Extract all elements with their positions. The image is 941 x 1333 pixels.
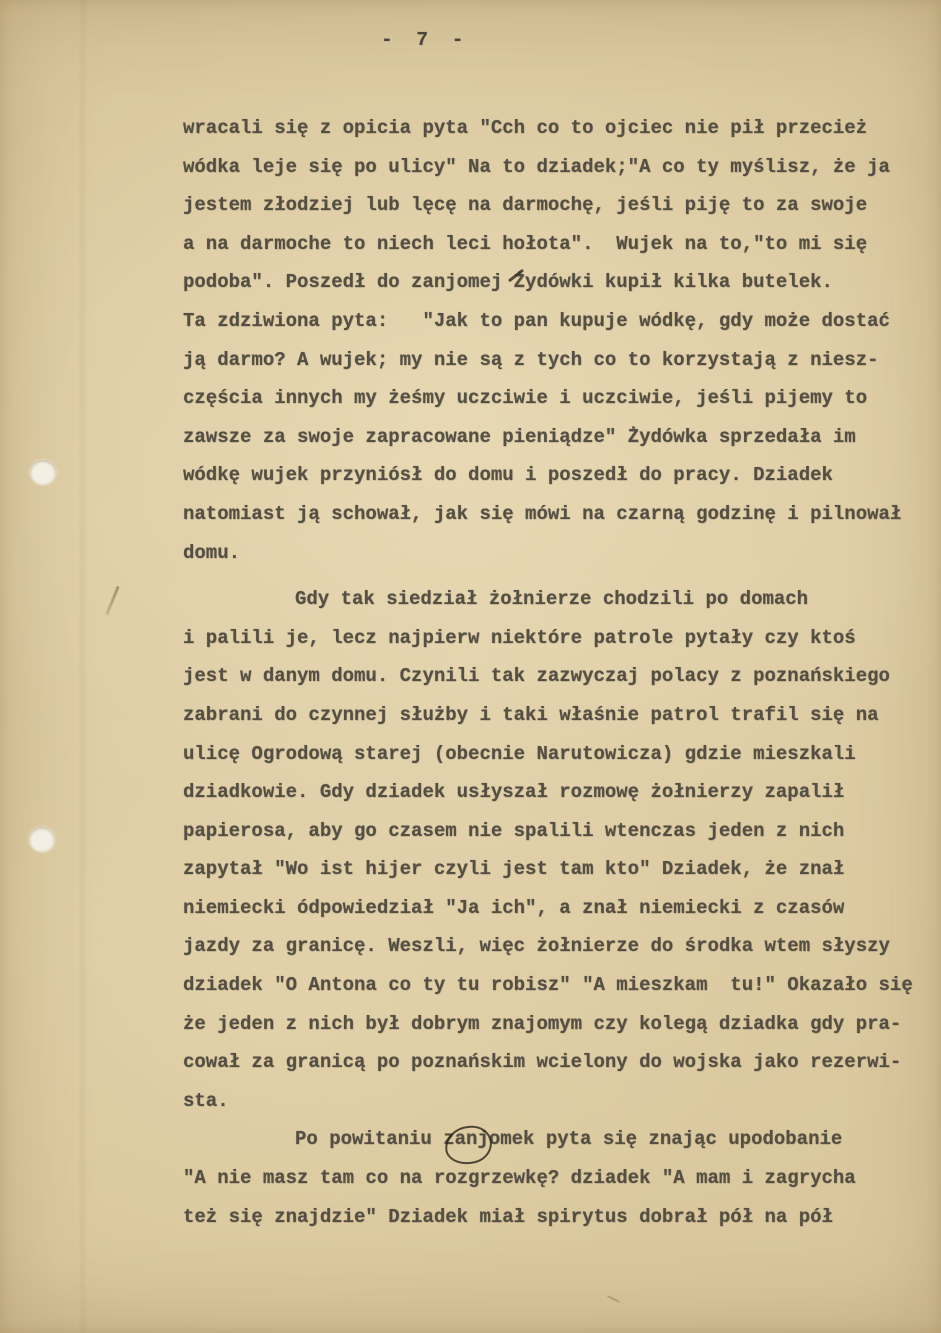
typewritten-line: niemiecki ódpowiedział "Ja ich", a znał … (183, 889, 923, 928)
typewritten-line: sta. (183, 1082, 923, 1121)
typewritten-line: cował za granicą po poznańskim wcielony … (183, 1043, 923, 1082)
typewritten-text-block: wracali się z opicia pyta "Cch co to ojc… (183, 109, 923, 1236)
typewritten-line: ulicę Ogrodową starej (obecnie Narutowic… (183, 735, 923, 774)
typewritten-line: i palili je, lecz najpierw niektóre patr… (183, 619, 923, 658)
typewritten-line-paragraph-start: Gdy tak siedział żołnierze chodzili po d… (183, 580, 923, 619)
pencil-slash-mark (105, 586, 119, 616)
typewritten-line: domu. (183, 534, 923, 573)
paper-fiber-speck (606, 1295, 620, 1303)
punch-hole-top (30, 460, 56, 485)
typewritten-line: a na darmoche to niech leci hołota". Wuj… (183, 225, 923, 264)
typewritten-line: dziadek "O Antona co ty tu robisz" "A mi… (183, 966, 923, 1005)
typewritten-line: natomiast ją schował, jak się mówi na cz… (183, 495, 923, 534)
typewritten-line: papierosa, aby go czasem nie spalili wte… (183, 812, 923, 851)
typewritten-line: częścia innych my żeśmy uczciwie i uczci… (183, 379, 923, 418)
typewritten-line: podoba". Poszedł do zanjomej Żydówki kup… (183, 263, 923, 302)
typewritten-line: ją darmo? A wujek; my nie są z tych co t… (183, 341, 923, 380)
typewritten-line: też się znajdzie" Dziadek miał spirytus … (183, 1198, 923, 1237)
typewritten-line: wracali się z opicia pyta "Cch co to ojc… (183, 109, 923, 148)
typewritten-line: dziadkowie. Gdy dziadek usłyszał rozmowę… (183, 773, 923, 812)
typewritten-line: że jeden z nich był dobrym znajomym czy … (183, 1005, 923, 1044)
typewritten-line: jestem złodziej lub lęcę na darmochę, je… (183, 186, 923, 225)
typewritten-line: jest w danym domu. Czynili tak zazwyczaj… (183, 657, 923, 696)
punch-hole-bottom (29, 827, 55, 852)
typewritten-line-paragraph-start: Po powitaniu zanjomek pyta się znając up… (183, 1120, 923, 1159)
typewritten-document-page: - 7 - wracali się z opicia pyta "Cch co … (0, 0, 941, 1333)
typewritten-line: wódka leje się po ulicy" Na to dziadek;"… (183, 148, 923, 187)
typewritten-line: "A nie masz tam co na rozgrzewkę? dziade… (183, 1159, 923, 1198)
typewritten-line: zawsze za swoje zapracowane pieniądze" Ż… (183, 418, 923, 457)
typewritten-line: zabrani do czynnej służby i taki właśnie… (183, 696, 923, 735)
typewritten-line: jazdy za granicę. Weszli, więc żołnierze… (183, 927, 923, 966)
typewritten-line: zapytał "Wo ist hijer czyli jest tam kto… (183, 850, 923, 889)
typewritten-line: Ta zdziwiona pyta: "Jak to pan kupuje wó… (183, 302, 923, 341)
typewritten-line: wódkę wujek przyniósł do domu i poszedł … (183, 456, 923, 495)
page-number: - 7 - (381, 29, 470, 51)
